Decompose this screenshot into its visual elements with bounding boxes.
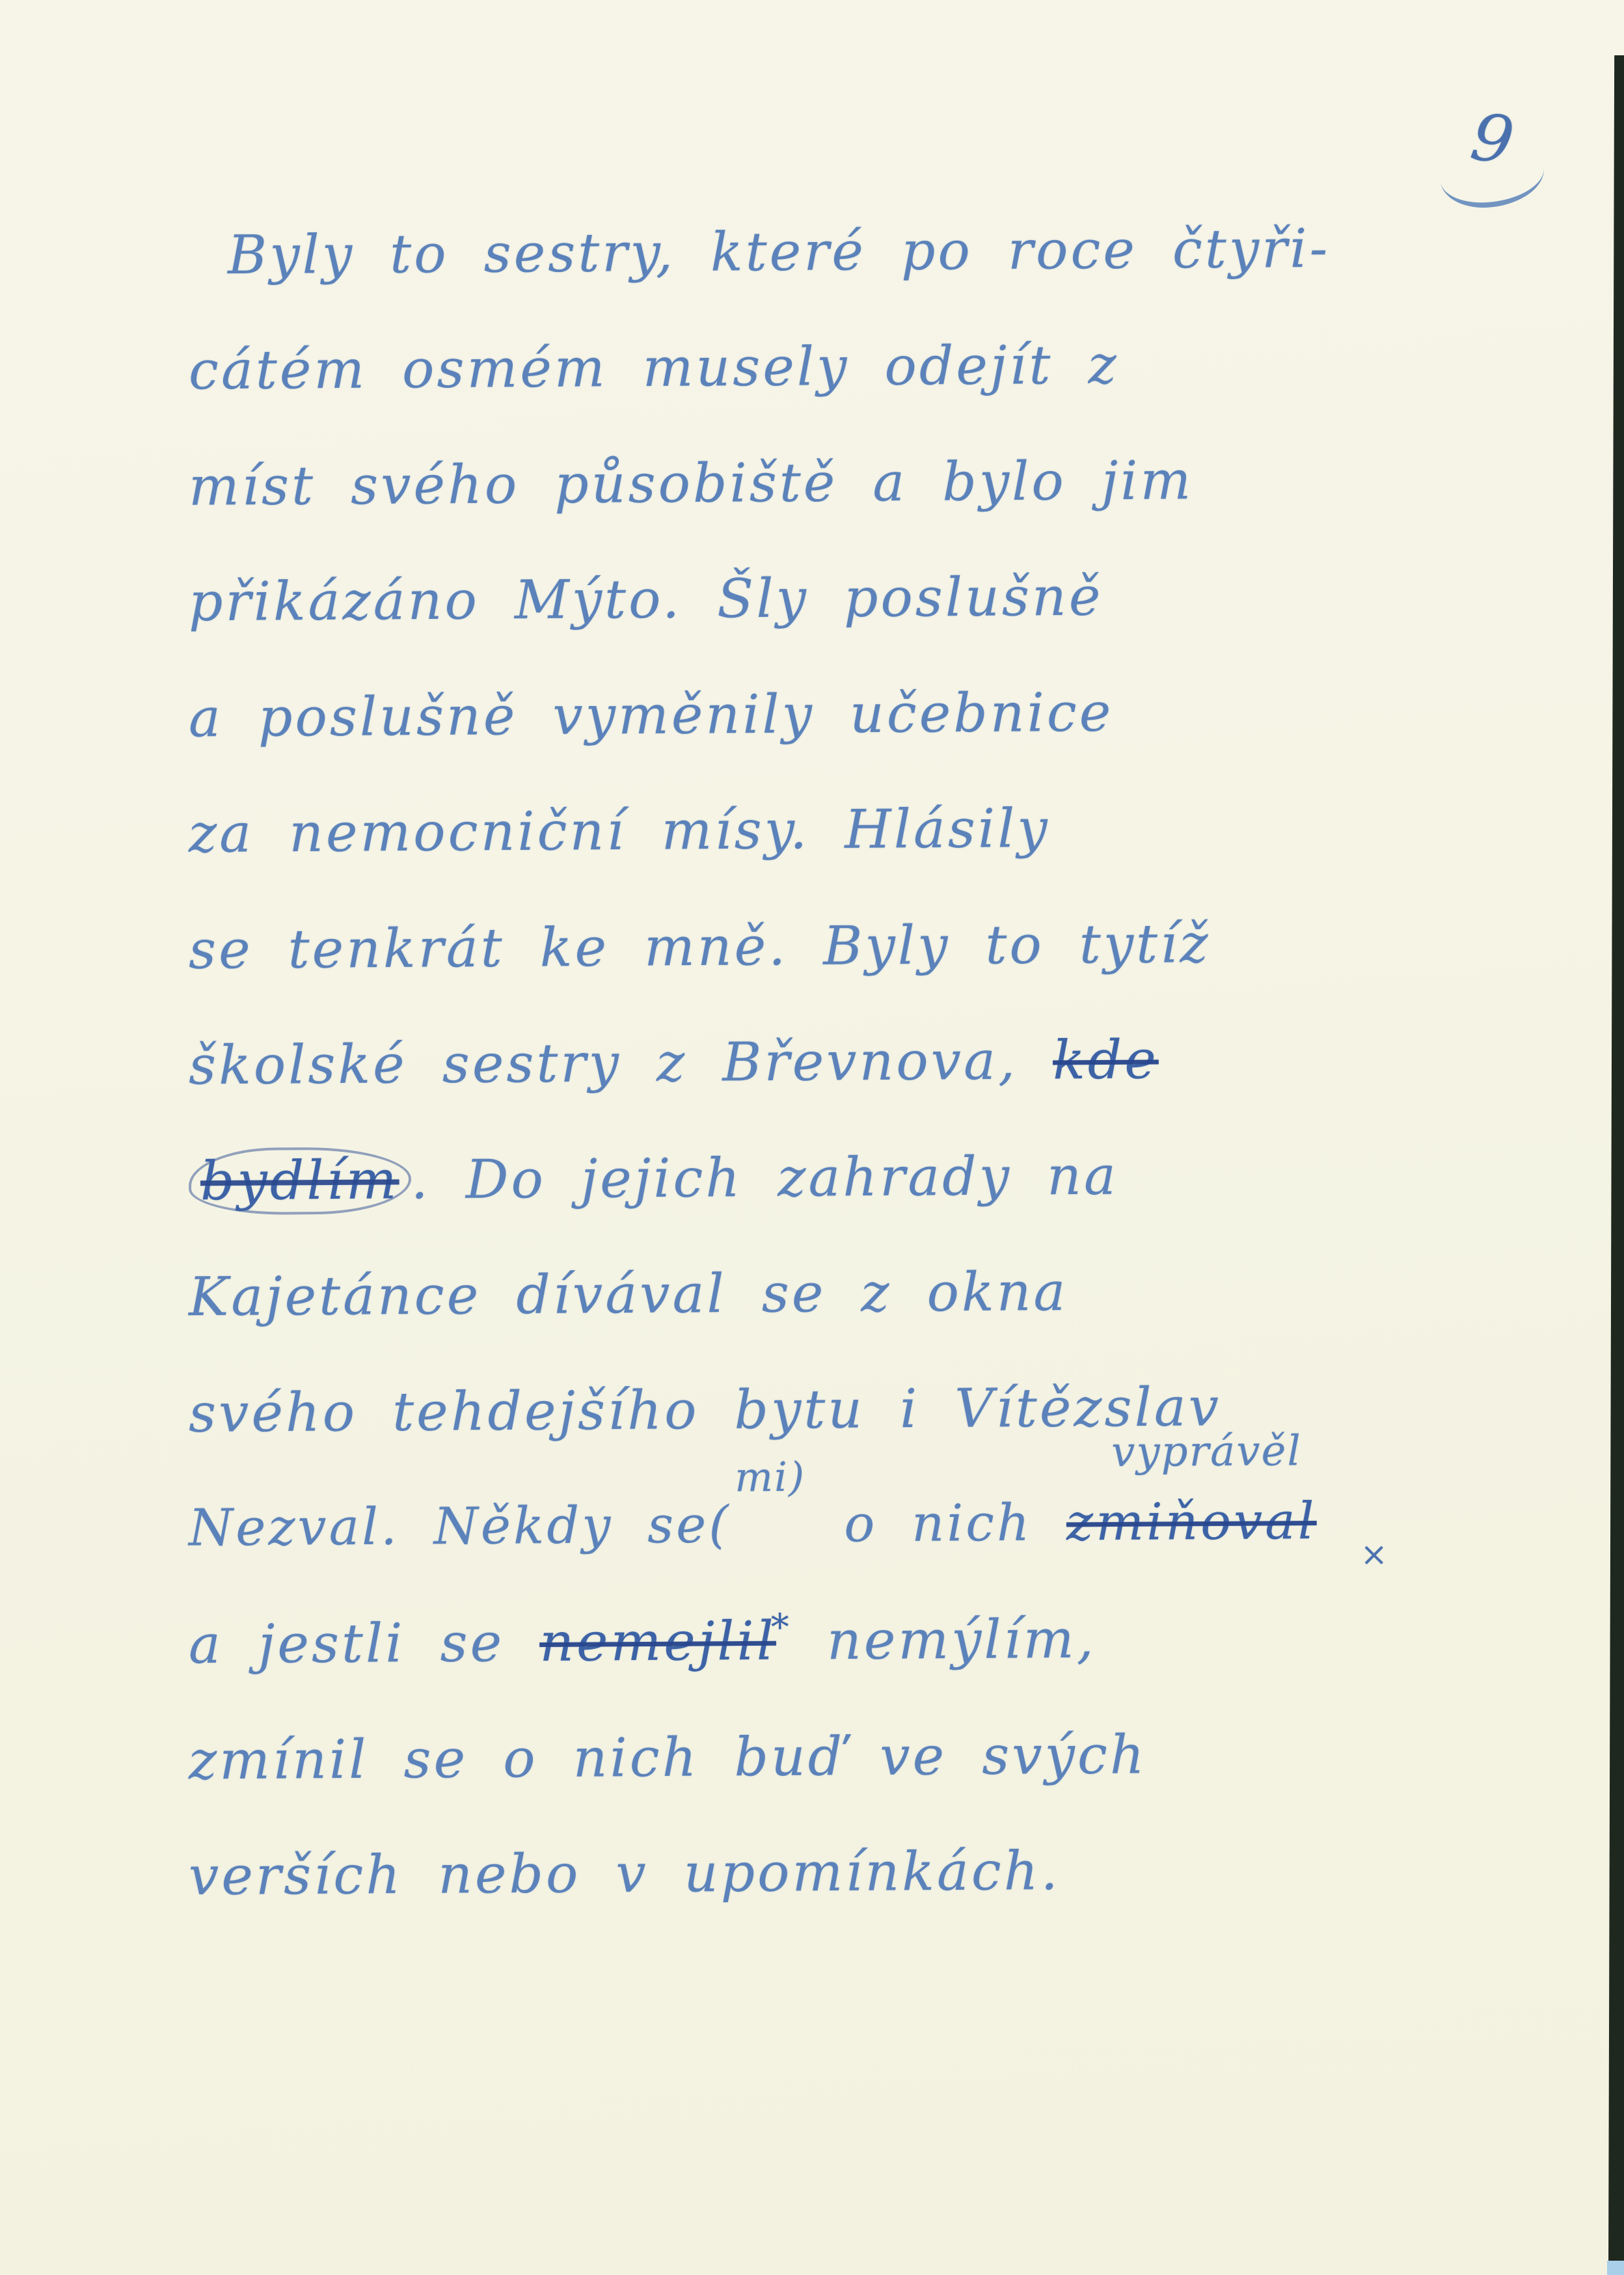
manuscript-line: za nemocniční mísy. Hlásily xyxy=(189,798,1050,865)
struck-text: nemejlil xyxy=(539,1611,776,1674)
handwritten-text: Byly to sestry, které po roce čtyři- xyxy=(228,218,1331,286)
handwritten-text: cátém osmém musely odejít z xyxy=(189,334,1119,402)
manuscript-line: se tenkrát ke mně. Byly to tytíž xyxy=(189,913,1211,981)
inserted-word: mi) xyxy=(735,1453,805,1501)
struck-text: bydlím xyxy=(189,1147,411,1215)
proofreading-mark: * xyxy=(771,1607,792,1649)
proofreading-mark: × xyxy=(1360,1535,1390,1573)
manuscript-line: Byly to sestry, které po roce čtyři- xyxy=(228,218,1331,286)
manuscript-line: svého tehdejšího bytu i Vítězslav xyxy=(189,1376,1222,1445)
manuscript-line: a poslušně vyměnily učebnice xyxy=(189,682,1114,750)
handwritten-text: zmínil se o nich buď ve svých xyxy=(189,1724,1147,1792)
handwritten-text: a poslušně vyměnily učebnice xyxy=(189,682,1114,750)
struck-text: zmiňoval xyxy=(1066,1492,1317,1552)
handwritten-text: a jestli se xyxy=(189,1612,505,1676)
handwritten-text: svého tehdejšího bytu i Vítězslav xyxy=(189,1376,1222,1445)
handwritten-text: verších nebo v upomínkách. xyxy=(189,1840,1061,1907)
handwritten-text: nemýlím, xyxy=(827,1609,1096,1672)
manuscript-page: 9 Byly to sestry, které po roce čtyři- c… xyxy=(0,0,1624,2275)
manuscript-line: zmínil se o nich buď ve svých xyxy=(189,1724,1147,1792)
correction-word: vyprávěl xyxy=(1111,1427,1302,1477)
handwritten-text: Kajetánce dívával se z okna xyxy=(189,1261,1068,1328)
handwritten-text: míst svého působiště a bylo jim xyxy=(189,450,1194,517)
handwritten-text: se tenkrát ke mně. Byly to tytíž xyxy=(189,913,1211,981)
scan-corner-sliver xyxy=(1607,2261,1624,2275)
handwritten-text: školské sestry z Břevnova, xyxy=(189,1030,1018,1097)
handwritten-text: za nemocniční mísy. Hlásily xyxy=(189,798,1050,865)
struck-text: kde xyxy=(1053,1029,1159,1091)
manuscript-line: Kajetánce dívával se z okna xyxy=(189,1261,1068,1328)
manuscript-line: školské sestry z Břevnova, kde xyxy=(189,1029,1159,1097)
handwritten-text: Nezval. Někdy se( xyxy=(189,1496,731,1558)
manuscript-line: Nezval. Někdy se(mi) o nich vyprávěl zmi… xyxy=(189,1492,1390,1557)
manuscript-line: verších nebo v upomínkách. xyxy=(189,1840,1061,1907)
scan-edge-strip xyxy=(1608,55,1624,2275)
handwritten-text: o nich xyxy=(844,1494,1032,1554)
manuscript-line: a jestli se nemejlil* nemýlím, xyxy=(189,1609,1096,1676)
handwritten-text: . Do jejich zahrady na xyxy=(411,1145,1118,1212)
manuscript-line: cátém osmém musely odejít z xyxy=(189,334,1119,402)
correction-wrap: vyprávěl zmiňoval xyxy=(1066,1492,1317,1552)
manuscript-line: míst svého působiště a bylo jim xyxy=(189,450,1194,517)
manuscript-line: bydlím. Do jejich zahrady na xyxy=(189,1145,1118,1213)
handwritten-text: přikázáno Mýto. Šly poslušně xyxy=(189,566,1103,634)
manuscript-line: přikázáno Mýto. Šly poslušně xyxy=(189,566,1103,634)
page-number-underline xyxy=(1439,157,1547,212)
